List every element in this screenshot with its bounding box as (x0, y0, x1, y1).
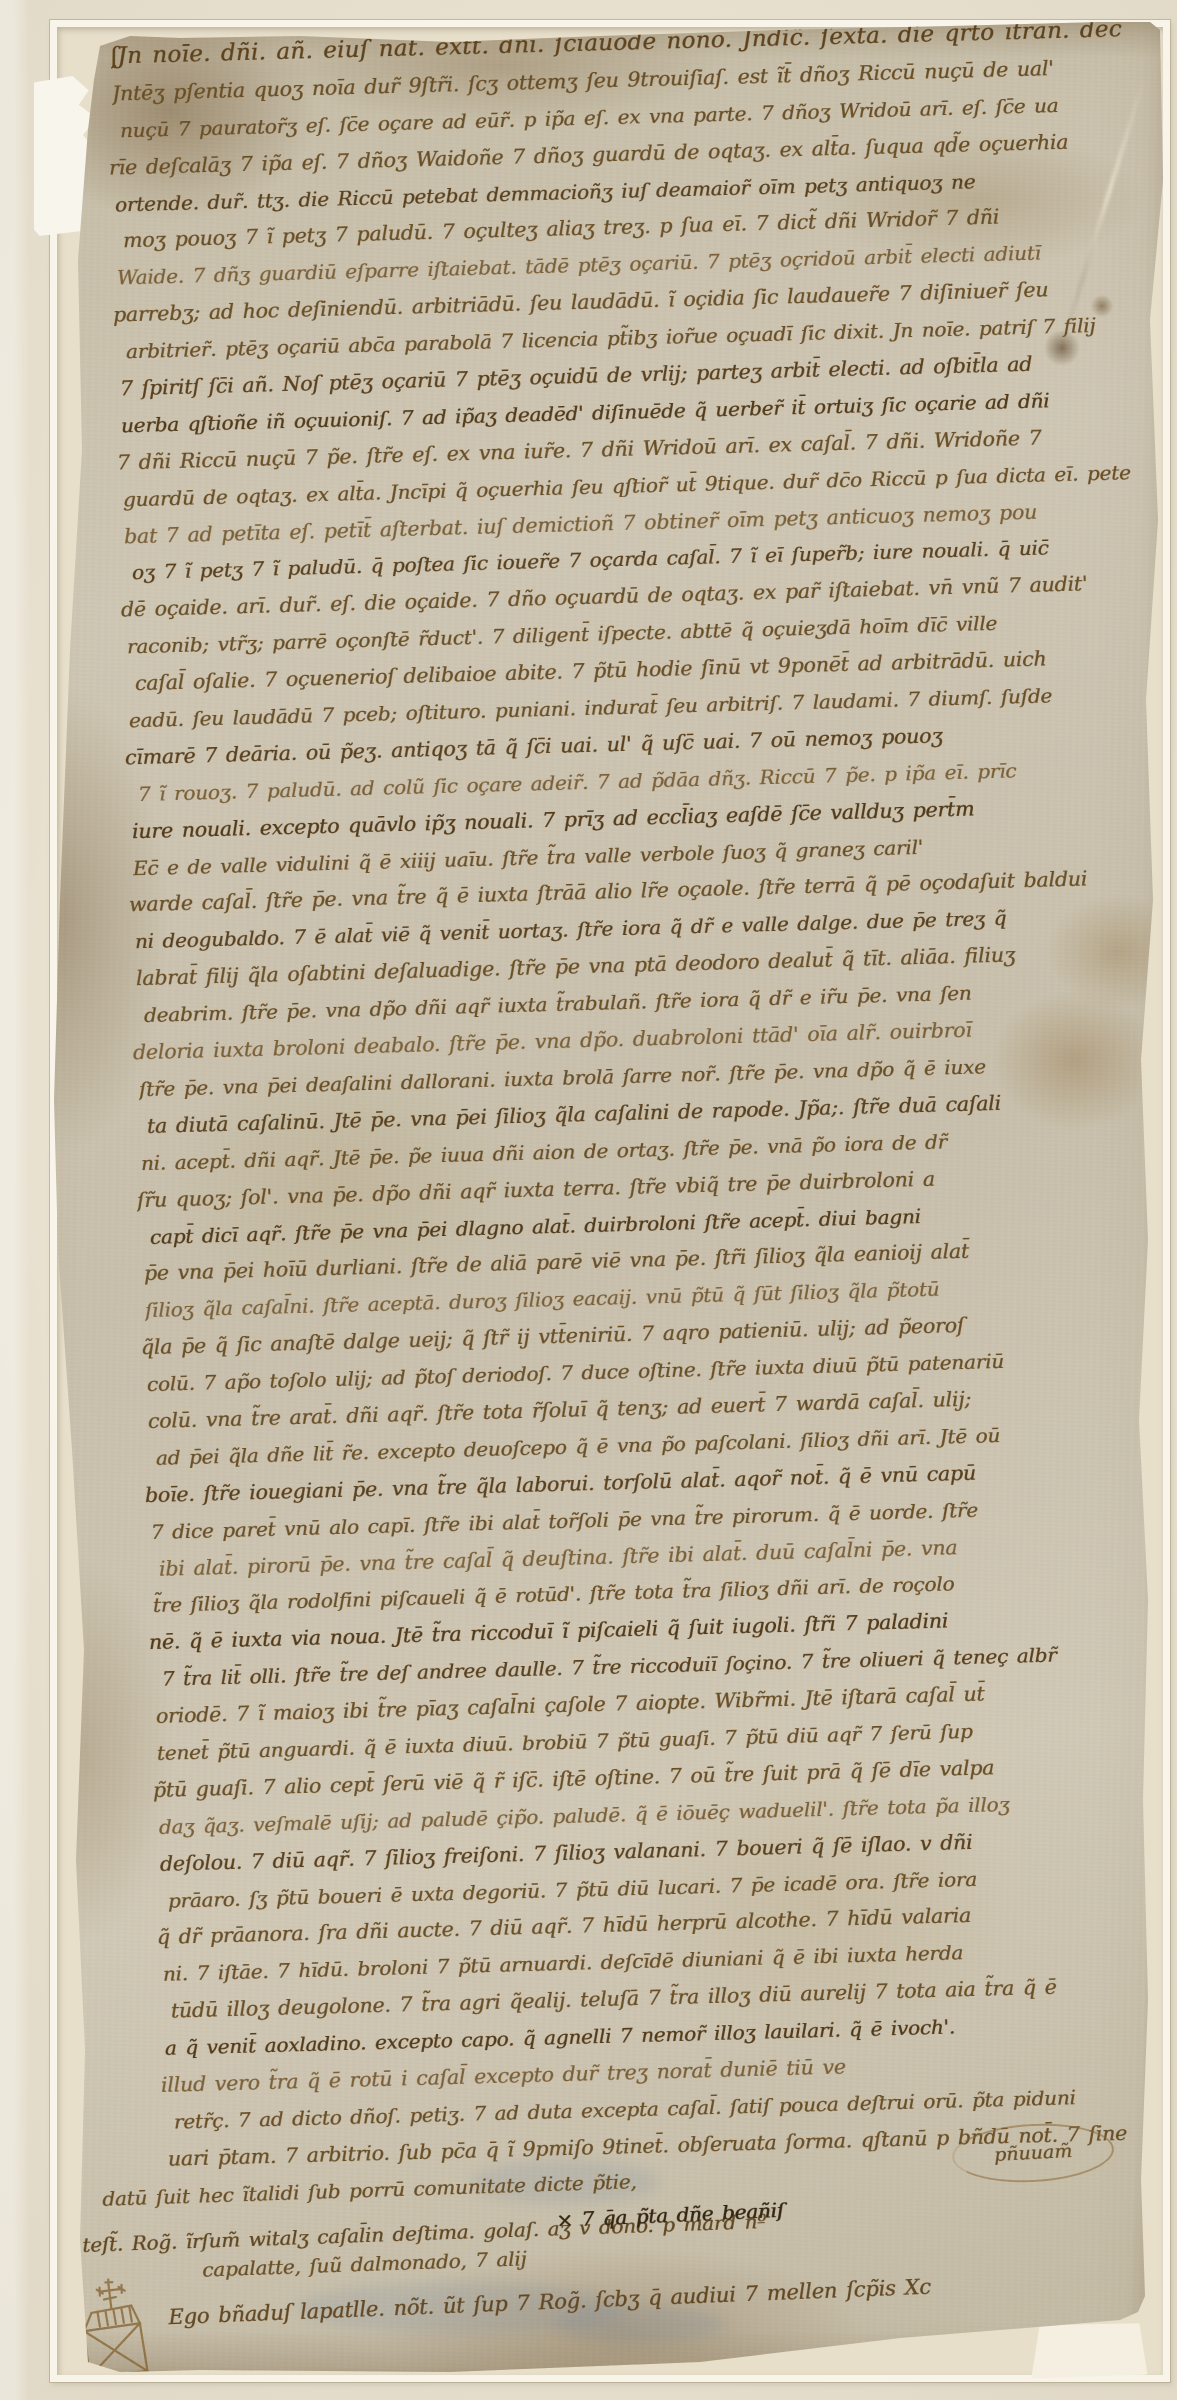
photograph-background: ʃJn noīe. dñi. añ. eiuſ nat. extt̄. dñi.… (0, 0, 1177, 2400)
parchment-deed: ʃJn noīe. dñi. añ. eiuſ nat. extt̄. dñi.… (0, 0, 1177, 2400)
backing-strip (1031, 2320, 1148, 2381)
notary-subscription-line: Ego bñaduſ lapatlle. nõt. ũt ſup 7 Rog̃.… (168, 2275, 931, 2330)
witnesses-line-2: capalatte, ſuũ dalmonado, 7 alij (202, 2246, 527, 2281)
circled-word-text: pñuuam̃ (993, 2140, 1072, 2166)
manuscript-text-block: ʃJn noīe. dñi. añ. eiuſ nat. extt̄. dñi.… (58, 0, 1177, 2225)
